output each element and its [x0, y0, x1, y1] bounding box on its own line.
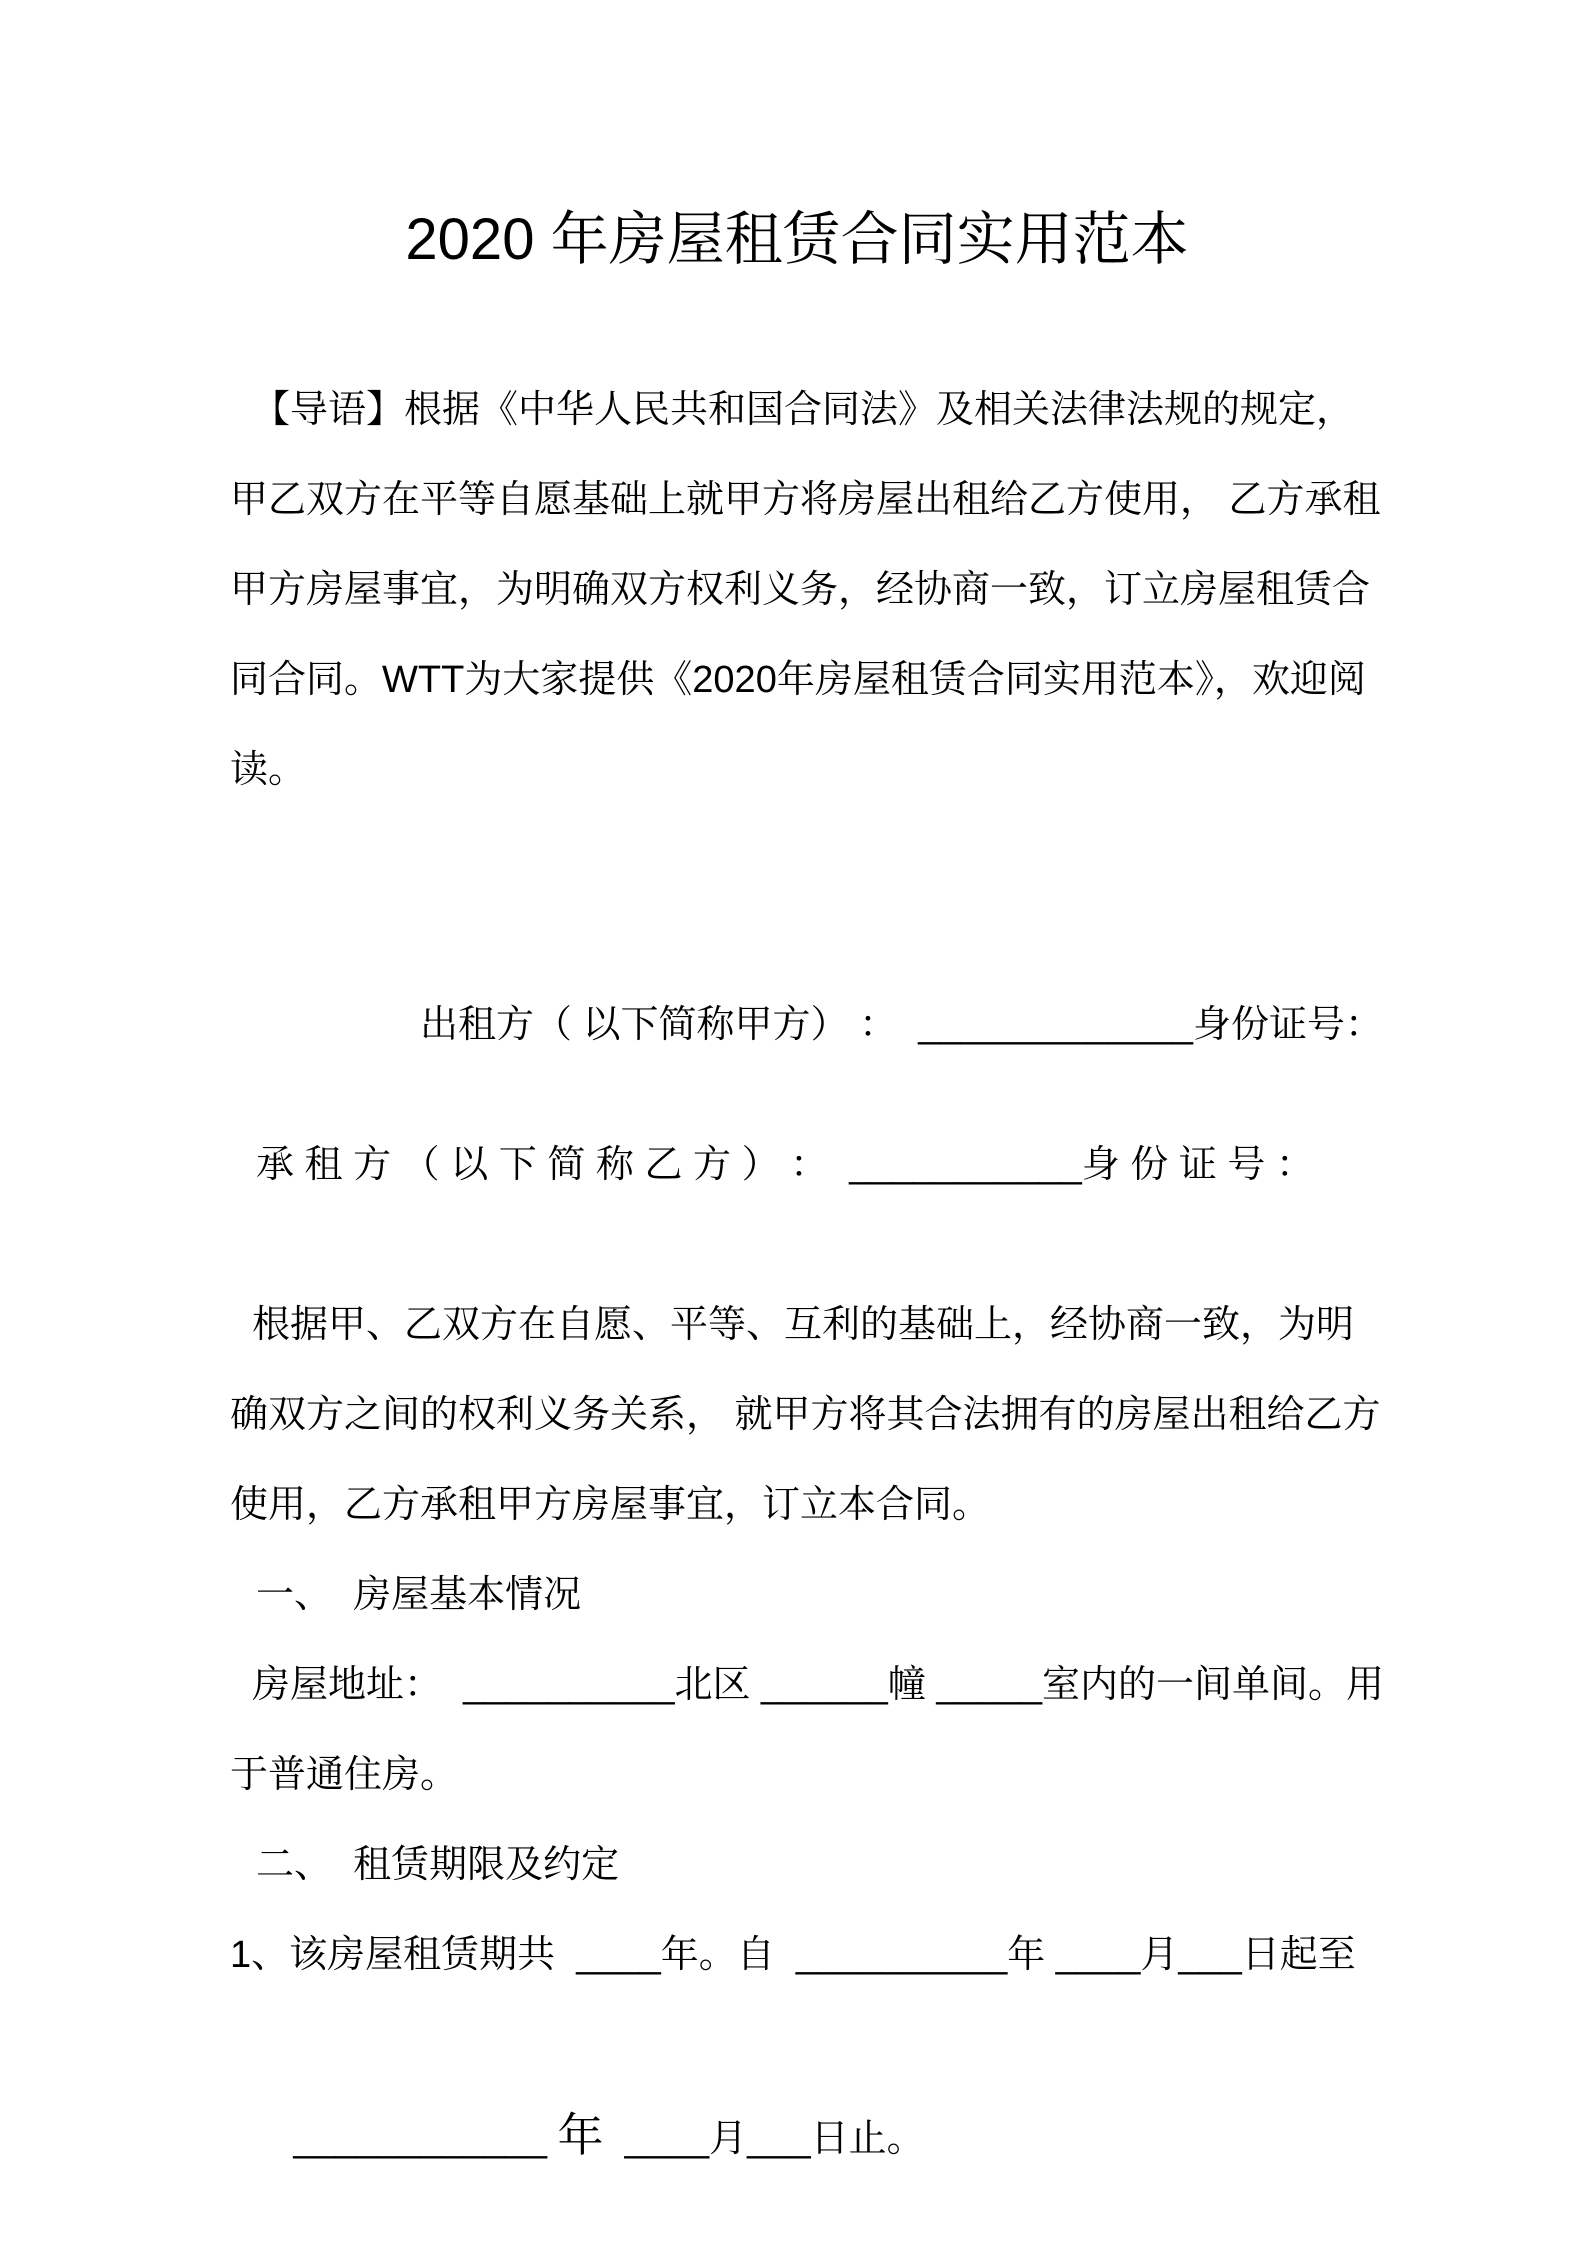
address-line: 房屋地址： __________北区 ______幢 _____室内的一间单间。…: [230, 1640, 1380, 1730]
term-line-2: ____________ 年 ____月___日止。: [230, 2000, 1380, 2090]
intro-line: 甲方房屋事宜，为明确双方权利义务，经协商一致，订立房屋租赁合: [230, 545, 1380, 635]
section-1-heading: 一、 房屋基本情况: [230, 1550, 1380, 1640]
basis-line: 确双方之间的权利义务关系， 就甲方将其合法拥有的房屋出租给乙方: [230, 1370, 1380, 1460]
term-month-day-blank: ____月___日止。: [604, 2118, 925, 2160]
intro-line: 【导语】根据《中华人民共和国合同法》及相关法律法规的规定，: [230, 365, 1380, 455]
document-title: 2020 年房屋租赁合同实用范本: [0, 200, 1594, 280]
term-end-date-blank: ____________: [293, 2118, 557, 2160]
intro-line: 读。: [230, 725, 1380, 815]
term-line-1: 1、该房屋租赁期共 ____年。自 __________年 ____月___日起…: [230, 1910, 1380, 2000]
intro-line: 甲乙双方在平等自愿基础上就甲方将房屋出租给乙方使用， 乙方承租: [230, 455, 1380, 545]
basis-line: 使用，乙方承租甲方房屋事宜，订立本合同。: [230, 1460, 1380, 1550]
intro-line: 同合同。WTT为大家提供《2020年房屋租赁合同实用范本》，欢迎阅: [230, 635, 1380, 725]
intro-paragraph: 【导语】根据《中华人民共和国合同法》及相关法律法规的规定， 甲乙双方在平等自愿基…: [230, 365, 1380, 815]
basis-paragraph: 根据甲、乙双方在自愿、平等、互利的基础上，经协商一致，为明 确双方之间的权利义务…: [230, 1280, 1380, 1550]
lessee-party-line: 承 租 方 （ 以 下 简 称 乙 方 ） ： ___________身 份 证…: [256, 1120, 1380, 1210]
term-year-label: 年: [558, 2109, 604, 2161]
lessor-party-line: 出租方（ 以下简称甲方） ： _____________身份证号：: [420, 980, 1380, 1070]
basis-line: 根据甲、乙双方在自愿、平等、互利的基础上，经协商一致，为明: [230, 1280, 1380, 1370]
contract-document-page: 2020 年房屋租赁合同实用范本 【导语】根据《中华人民共和国合同法》及相关法律…: [0, 0, 1594, 2256]
section-2-heading: 二、 租赁期限及约定: [230, 1820, 1380, 1910]
address-line-continued: 于普通住房。: [230, 1730, 1380, 1820]
document-body: 【导语】根据《中华人民共和国合同法》及相关法律法规的规定， 甲乙双方在平等自愿基…: [0, 365, 1594, 2090]
